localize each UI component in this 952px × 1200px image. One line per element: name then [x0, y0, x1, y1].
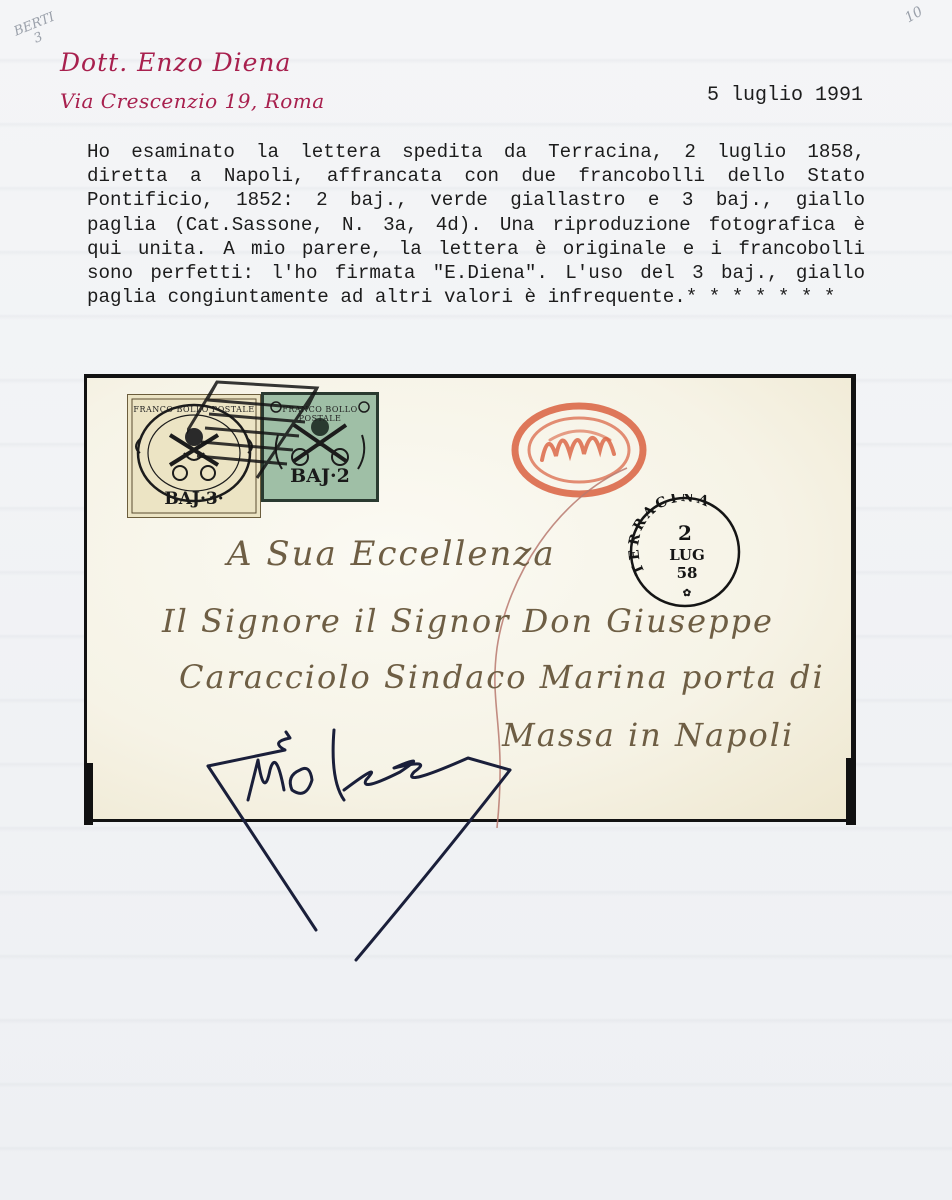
stamp-value: BAJ·3· — [128, 489, 260, 509]
certificate-text: Ho esaminato la lettera spedita da Terra… — [87, 140, 865, 309]
certificate-line: diretta a Napoli, affrancata con due fra… — [87, 164, 865, 188]
certificate-date: 5 luglio 1991 — [707, 84, 863, 107]
postmark-year: 58 — [677, 564, 698, 582]
pencil-corner-number: 10 — [903, 4, 925, 25]
svg-text:✿: ✿ — [683, 588, 692, 599]
address-line: Massa in Napoli — [502, 716, 794, 754]
address-line: Il Signore il Signor Don Giuseppe — [162, 602, 774, 640]
postmark-month: LUG — [669, 546, 705, 564]
red-pencil-stroke-icon — [467, 458, 647, 828]
certificate-line: qui unita. A mio parere, la lettera è or… — [87, 237, 865, 261]
letterhead-address: Via Crescenzio 19, Roma — [60, 89, 325, 113]
letterhead: Dott. Enzo Diena Via Crescenzio 19, Roma — [60, 48, 325, 113]
certificate-line: sono perfetti: l'ho firmata "E.Diena". L… — [87, 261, 865, 285]
address-line: A Sua Eccellenza — [227, 534, 556, 574]
postmark-day: 2 — [678, 521, 692, 545]
certificate-page: BERTI 3 10 Dott. Enzo Diena Via Crescenz… — [0, 0, 952, 1200]
pencil-annotation: BERTI 3 — [12, 12, 60, 53]
photo-border-mark — [846, 758, 856, 825]
certificate-line: paglia (Cat.Sassone, N. 3a, 4d). Una rip… — [87, 213, 865, 237]
cover-photo: FRANCO BOLLO POSTALE BAJ·3· FRANCO BOLLO… — [84, 374, 856, 822]
certificate-line: Ho esaminato la lettera spedita da Terra… — [87, 140, 865, 164]
photo-border-mark — [84, 763, 93, 825]
certificate-line: paglia congiuntamente ad altri valori è … — [87, 285, 865, 309]
certificate-line: Pontificio, 1852: 2 baj., verde giallast… — [87, 188, 865, 212]
address-line: Caracciolo Sindaco Marina porta di — [179, 658, 825, 696]
letterhead-name: Dott. Enzo Diena — [60, 48, 325, 77]
grid-cancellation-icon — [187, 378, 327, 488]
